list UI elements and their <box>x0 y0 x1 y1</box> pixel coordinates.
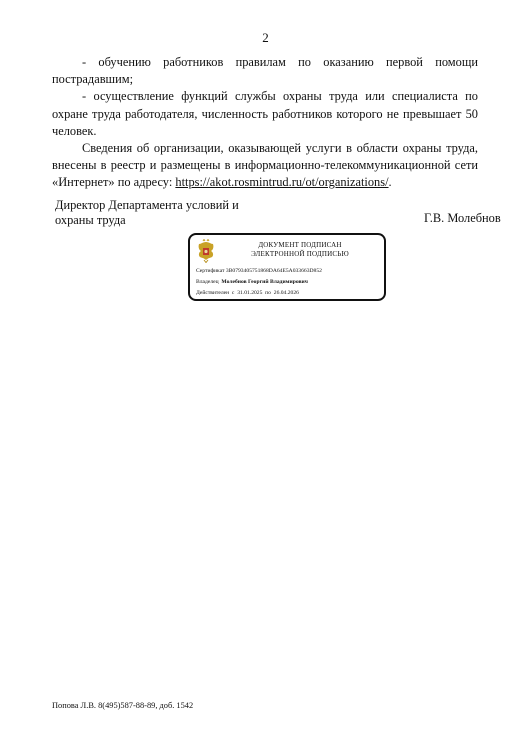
certificate-label: Сертификат <box>196 268 224 274</box>
executor-contact: Попова Л.В. 8(495)587-88-89, доб. 1542 <box>52 701 193 710</box>
page-number: 2 <box>0 30 531 46</box>
paragraph-first-aid: - обучению работников правилам по оказан… <box>52 54 478 88</box>
valid-label: Действителен <box>196 290 229 296</box>
signer-position-line1: Директор Департамента условий и <box>55 198 239 213</box>
signer-name: Г.В. Молебнов <box>424 211 501 226</box>
registry-link[interactable]: https://akot.rosmintrud.ru/ot/organizati… <box>175 175 388 189</box>
stamp-header-line1: ДОКУМЕНТ ПОДПИСАН <box>220 241 380 250</box>
stamp-header: ДОКУМЕНТ ПОДПИСАН ЭЛЕКТРОННОЙ ПОДПИСЬЮ <box>220 241 380 259</box>
owner-label: Владелец <box>196 279 219 285</box>
valid-to-prefix: по <box>265 290 271 296</box>
certificate-value: 3B0793405751868DA64E5A033663D852 <box>226 268 322 274</box>
electronic-signature-stamp: ДОКУМЕНТ ПОДПИСАН ЭЛЕКТРОННОЙ ПОДПИСЬЮ С… <box>188 233 386 301</box>
owner-value: Молебнов Георгий Владимирович <box>221 279 307 285</box>
valid-from: 31.01.2025 <box>237 290 262 296</box>
document-body: - обучению работников правилам по оказан… <box>52 54 478 192</box>
link-trailing-period: . <box>389 175 392 189</box>
valid-from-prefix: с <box>232 290 234 296</box>
signer-position: Директор Департамента условий и охраны т… <box>55 198 239 228</box>
paragraph-safety-service: - осуществление функций службы охраны тр… <box>52 88 478 140</box>
valid-to: 26.04.2026 <box>274 290 299 296</box>
paragraph-registry: Сведения об организации, оказывающей усл… <box>52 140 478 192</box>
stamp-header-line2: ЭЛЕКТРОННОЙ ПОДПИСЬЮ <box>220 250 380 259</box>
stamp-owner: Владелец Молебнов Георгий Владимирович <box>196 279 308 286</box>
stamp-certificate: Сертификат 3B0793405751868DA64E5A033663D… <box>196 268 322 275</box>
stamp-validity: Действителен с 31.01.2025 по 26.04.2026 <box>196 290 299 297</box>
signer-position-line2: охраны труда <box>55 213 239 228</box>
russian-coat-of-arms-icon <box>195 239 217 263</box>
